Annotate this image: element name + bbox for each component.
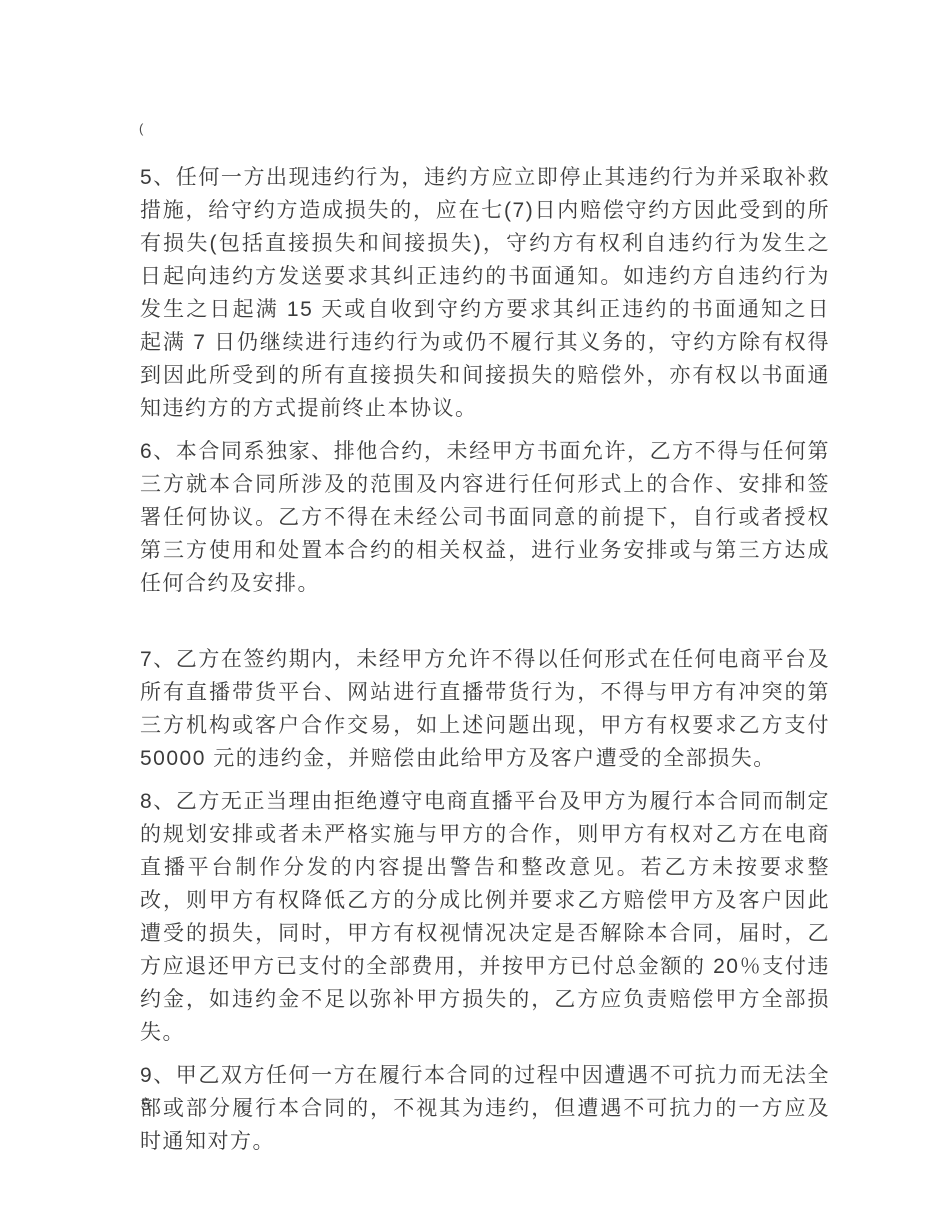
blank-line-spacer [140,610,830,643]
contract-clause-8: 8、乙方无正当理由拒绝遵守电商直播平台及甲方为履行本合同而制定的规划安排或者未严… [140,785,830,1049]
contract-clause-9: 9、甲乙双方任何一方在履行本合同的过程中因遭遇不可抗力而无法全部或部分履行本合同… [140,1059,830,1158]
document-page: ( 5、任何一方出现违约行为，违约方应立即停止其违约行为并采取补救措施，给守约方… [0,0,950,1230]
contract-clause-6: 6、本合同系独家、排他合约，未经甲方书面允许，乙方不得与任何第三方就本合同所涉及… [140,435,830,600]
stray-parenthesis-mark: ( [139,122,143,135]
document-body: 5、任何一方出现违约行为，违约方应立即停止其违约行为并采取补救措施，给守约方造成… [140,161,830,1168]
contract-clause-5: 5、任何一方出现违约行为，违约方应立即停止其违约行为并采取补救措施，给守约方造成… [140,161,830,425]
contract-clause-7: 7、乙方在签约期内，未经甲方允许不得以任何形式在任何电商平台及所有直播带货平台、… [140,643,830,775]
page-number: 5 [141,1092,150,1117]
